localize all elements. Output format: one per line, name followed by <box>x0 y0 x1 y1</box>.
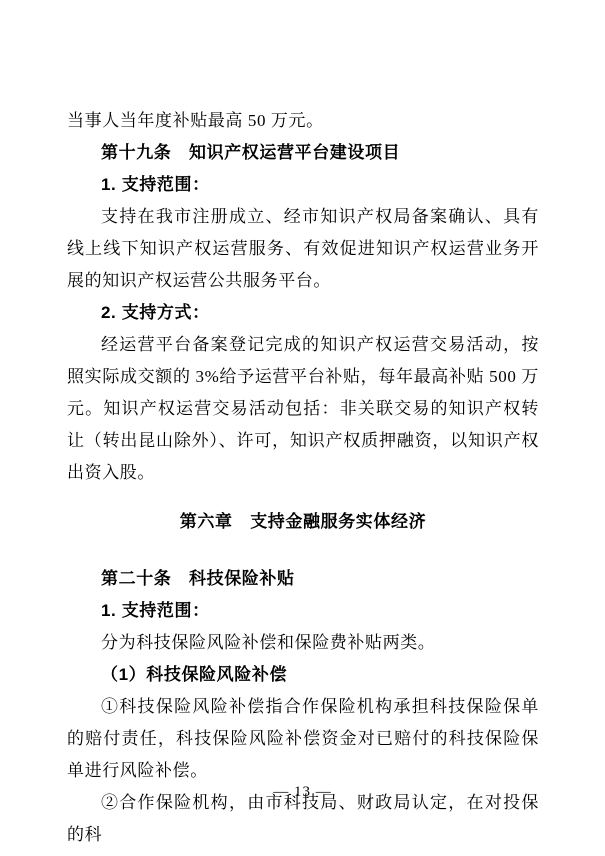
heading-support-method-19: 2. 支持方式： <box>67 297 539 329</box>
heading-article-20: 第二十条 科技保险补贴 <box>67 563 539 595</box>
page-number: — 13 — <box>0 784 605 801</box>
heading-support-scope-20: 1. 支持范围： <box>67 595 539 627</box>
para-support-scope-19: 支持在我市注册成立、经市知识产权局备案确认、具有线上线下知识产权运营服务、有效促… <box>67 201 539 297</box>
para-support-scope-20: 分为科技保险风险补偿和保险费补贴两类。 <box>67 627 539 659</box>
para-support-method-19: 经运营平台备案登记完成的知识产权运营交易活动，按照实际成交额的 3%给予运营平台… <box>67 329 539 489</box>
document-body: 当事人当年度补贴最高 50 万元。 第十九条 知识产权运营平台建设项目 1. 支… <box>67 105 539 851</box>
heading-chapter-6: 第六章 支持金融服务实体经济 <box>67 506 539 538</box>
heading-risk-compensation: （1）科技保险风险补偿 <box>67 659 539 691</box>
heading-article-19: 第十九条 知识产权运营平台建设项目 <box>67 137 539 169</box>
para-risk-compensation-definition: ①科技保险风险补偿指合作保险机构承担科技保险保单的赔付责任，科技保险风险补偿资金… <box>67 691 539 787</box>
document-page: 当事人当年度补贴最高 50 万元。 第十九条 知识产权运营平台建设项目 1. 支… <box>0 0 605 856</box>
heading-support-scope-19: 1. 支持范围： <box>67 169 539 201</box>
body-paragraph-continuation: 当事人当年度补贴最高 50 万元。 <box>67 105 539 137</box>
